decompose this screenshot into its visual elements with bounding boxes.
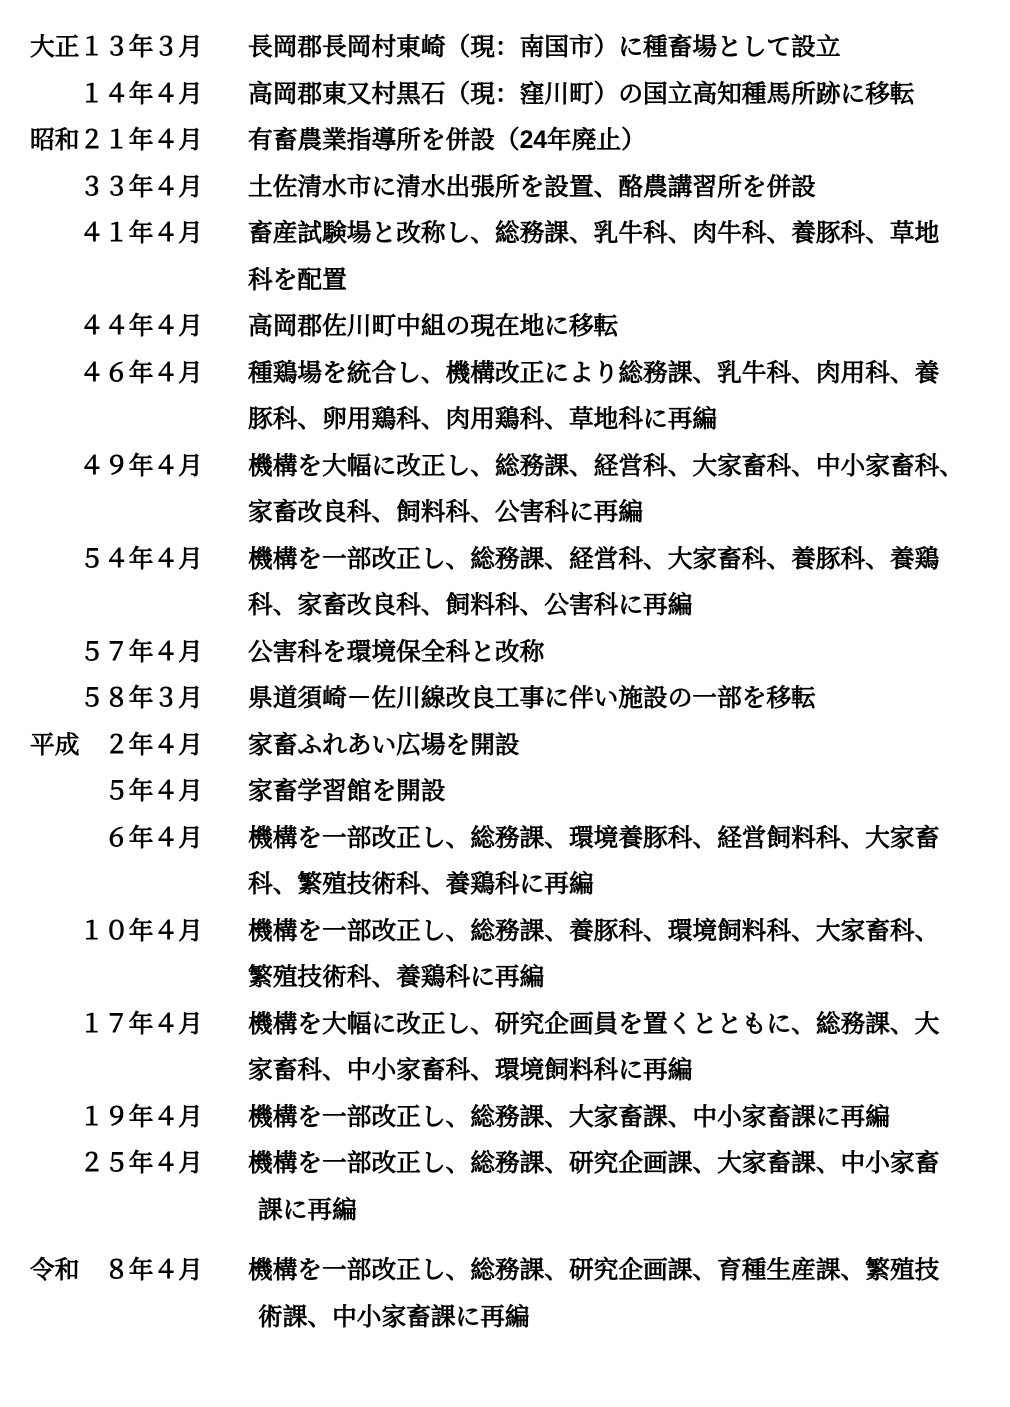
- entry-text-line: 家畜ふれあい広場を開設: [248, 723, 1010, 770]
- entry-description: 家畜ふれあい広場を開設: [248, 723, 1010, 770]
- history-entry: ５年４月家畜学習館を開設: [0, 769, 1010, 816]
- entry-text-line: 機構を一部改正し、総務課、研究企画課、大家畜課、中小家畜: [248, 1141, 1010, 1188]
- entry-text-line: 公害科を環境保全科と改称: [248, 630, 1010, 677]
- entry-description: 畜産試験場と改称し、総務課、乳牛科、肉牛科、養豚科、草地科を配置: [248, 211, 1010, 304]
- entry-text-line: 長岡郡長岡村東崎（現：南国市）に種畜場として設立: [248, 25, 1010, 72]
- entry-date: ５年４月: [0, 769, 248, 816]
- history-entry: ４４年４月高岡郡佐川町中組の現在地に移転: [0, 304, 1010, 351]
- entry-date: １０年４月: [0, 909, 248, 956]
- entry-date: ４６年４月: [0, 351, 248, 398]
- entry-text-line: 科、繁殖技術科、養鶏科に再編: [248, 862, 1010, 909]
- entry-text-line: 高岡郡東又村黒石（現：窪川町）の国立高知種馬所跡に移転: [248, 72, 1010, 119]
- entry-description: 長岡郡長岡村東崎（現：南国市）に種畜場として設立: [248, 25, 1010, 72]
- history-entry: ４６年４月種鶏場を統合し、機構改正により総務課、乳牛科、肉用科、養豚科、卵用鶏科…: [0, 351, 1010, 444]
- entry-date: 令和 ８年４月: [0, 1248, 248, 1295]
- entry-description: 機構を一部改正し、総務課、研究企画課、大家畜課、中小家畜課に再編: [248, 1141, 1010, 1234]
- entry-text-line: 科を配置: [248, 258, 1010, 305]
- entry-text-line: 機構を一部改正し、総務課、養豚科、環境飼料科、大家畜科、: [248, 909, 1010, 956]
- entry-text-line: 機構を一部改正し、総務課、研究企画課、育種生産課、繁殖技: [248, 1248, 1010, 1295]
- history-entry: ５８年３月県道須崎－佐川線改良工事に伴い施設の一部を移転: [0, 676, 1010, 723]
- entry-description: 機構を一部改正し、総務課、大家畜課、中小家畜課に再編: [248, 1095, 1010, 1142]
- history-entry: 令和 ８年４月機構を一部改正し、総務課、研究企画課、育種生産課、繁殖技術課、中小…: [0, 1248, 1010, 1341]
- entry-date: ４４年４月: [0, 304, 248, 351]
- entry-description: 機構を大幅に改正し、総務課、経営科、大家畜科、中小家畜科、家畜改良科、飼料科、公…: [248, 444, 1010, 537]
- entry-text-line: 家畜改良科、飼料科、公害科に再編: [248, 490, 1010, 537]
- entry-date: ６年４月: [0, 816, 248, 863]
- entry-description: 公害科を環境保全科と改称: [248, 630, 1010, 677]
- entry-date: ４１年４月: [0, 211, 248, 258]
- entry-text-line: 土佐清水市に清水出張所を設置、酪農講習所を併設: [248, 165, 1010, 212]
- entry-date: ２５年４月: [0, 1141, 248, 1188]
- entry-description: 高岡郡佐川町中組の現在地に移転: [248, 304, 1010, 351]
- entry-description: 機構を一部改正し、総務課、経営科、大家畜科、養豚科、養鶏科、家畜改良科、飼料科、…: [248, 537, 1010, 630]
- history-entry: ２５年４月機構を一部改正し、総務課、研究企画課、大家畜課、中小家畜課に再編: [0, 1141, 1010, 1234]
- entry-date: 昭和２１年４月: [0, 118, 248, 165]
- entry-text-line: 高岡郡佐川町中組の現在地に移転: [248, 304, 1010, 351]
- history-entry: 大正１３年３月長岡郡長岡村東崎（現：南国市）に種畜場として設立: [0, 25, 1010, 72]
- entry-description: 有畜農業指導所を併設（24年廃止）: [248, 118, 1010, 165]
- entry-description: 土佐清水市に清水出張所を設置、酪農講習所を併設: [248, 165, 1010, 212]
- entry-text-line: 機構を一部改正し、総務課、経営科、大家畜科、養豚科、養鶏: [248, 537, 1010, 584]
- entry-text-line: 課に再編: [248, 1188, 1010, 1235]
- entry-date: １７年４月: [0, 1002, 248, 1049]
- entry-description: 機構を一部改正し、総務課、養豚科、環境飼料科、大家畜科、繁殖技術科、養鶏科に再編: [248, 909, 1010, 1002]
- entry-text-line: 機構を一部改正し、総務課、環境養豚科、経営飼料科、大家畜: [248, 816, 1010, 863]
- entry-date: 大正１３年３月: [0, 25, 248, 72]
- history-entry: １０年４月機構を一部改正し、総務課、養豚科、環境飼料科、大家畜科、繁殖技術科、養…: [0, 909, 1010, 1002]
- entry-description: 高岡郡東又村黒石（現：窪川町）の国立高知種馬所跡に移転: [248, 72, 1010, 119]
- entry-text-line: 術課、中小家畜課に再編: [248, 1295, 1010, 1342]
- entry-text-line: 機構を大幅に改正し、研究企画員を置くとともに、総務課、大: [248, 1002, 1010, 1049]
- history-entry: ３３年４月土佐清水市に清水出張所を設置、酪農講習所を併設: [0, 165, 1010, 212]
- history-entry: ５７年４月公害科を環境保全科と改称: [0, 630, 1010, 677]
- entry-description: 県道須崎－佐川線改良工事に伴い施設の一部を移転: [248, 676, 1010, 723]
- entry-date: １９年４月: [0, 1095, 248, 1142]
- entry-date: ５４年４月: [0, 537, 248, 584]
- entry-text-line: 畜産試験場と改称し、総務課、乳牛科、肉牛科、養豚科、草地: [248, 211, 1010, 258]
- entry-date: ５８年３月: [0, 676, 248, 723]
- history-document: 大正１３年３月長岡郡長岡村東崎（現：南国市）に種畜場として設立 １４年４月高岡郡…: [0, 0, 1010, 1341]
- entry-date: ３３年４月: [0, 165, 248, 212]
- entry-text-line: 機構を大幅に改正し、総務課、経営科、大家畜科、中小家畜科、: [248, 444, 1010, 491]
- entry-text-line: 県道須崎－佐川線改良工事に伴い施設の一部を移転: [248, 676, 1010, 723]
- entry-text-line: 科、家畜改良科、飼料科、公害科に再編: [248, 583, 1010, 630]
- entry-date: ４９年４月: [0, 444, 248, 491]
- entry-text-line: 家畜学習館を開設: [248, 769, 1010, 816]
- history-entry: ６年４月機構を一部改正し、総務課、環境養豚科、経営飼料科、大家畜科、繁殖技術科、…: [0, 816, 1010, 909]
- history-entry: ４１年４月畜産試験場と改称し、総務課、乳牛科、肉牛科、養豚科、草地科を配置: [0, 211, 1010, 304]
- entry-text-line: 種鶏場を統合し、機構改正により総務課、乳牛科、肉用科、養: [248, 351, 1010, 398]
- entry-description: 機構を大幅に改正し、研究企画員を置くとともに、総務課、大家畜科、中小家畜科、環境…: [248, 1002, 1010, 1095]
- entry-date: １４年４月: [0, 72, 248, 119]
- history-entry: ４９年４月機構を大幅に改正し、総務課、経営科、大家畜科、中小家畜科、家畜改良科、…: [0, 444, 1010, 537]
- history-entry: １４年４月高岡郡東又村黒石（現：窪川町）の国立高知種馬所跡に移転: [0, 72, 1010, 119]
- entry-text-line: 機構を一部改正し、総務課、大家畜課、中小家畜課に再編: [248, 1095, 1010, 1142]
- history-entry: 昭和２１年４月有畜農業指導所を併設（24年廃止）: [0, 118, 1010, 165]
- history-entry: ５４年４月機構を一部改正し、総務課、経営科、大家畜科、養豚科、養鶏科、家畜改良科…: [0, 537, 1010, 630]
- entry-description: 機構を一部改正し、総務課、研究企画課、育種生産課、繁殖技術課、中小家畜課に再編: [248, 1248, 1010, 1341]
- entry-text-line: 有畜農業指導所を併設（24年廃止）: [248, 118, 1010, 165]
- history-entry: １９年４月機構を一部改正し、総務課、大家畜課、中小家畜課に再編: [0, 1095, 1010, 1142]
- entry-text-line: 豚科、卵用鶏科、肉用鶏科、草地科に再編: [248, 397, 1010, 444]
- entry-date: ５７年４月: [0, 630, 248, 677]
- entry-date: 平成 ２年４月: [0, 723, 248, 770]
- entry-text-line: 繁殖技術科、養鶏科に再編: [248, 955, 1010, 1002]
- entry-description: 機構を一部改正し、総務課、環境養豚科、経営飼料科、大家畜科、繁殖技術科、養鶏科に…: [248, 816, 1010, 909]
- entry-text-line: 家畜科、中小家畜科、環境飼料科に再編: [248, 1048, 1010, 1095]
- entry-description: 種鶏場を統合し、機構改正により総務課、乳牛科、肉用科、養豚科、卵用鶏科、肉用鶏科…: [248, 351, 1010, 444]
- history-entry: 平成 ２年４月家畜ふれあい広場を開設: [0, 723, 1010, 770]
- entry-description: 家畜学習館を開設: [248, 769, 1010, 816]
- history-entry: １７年４月機構を大幅に改正し、研究企画員を置くとともに、総務課、大家畜科、中小家…: [0, 1002, 1010, 1095]
